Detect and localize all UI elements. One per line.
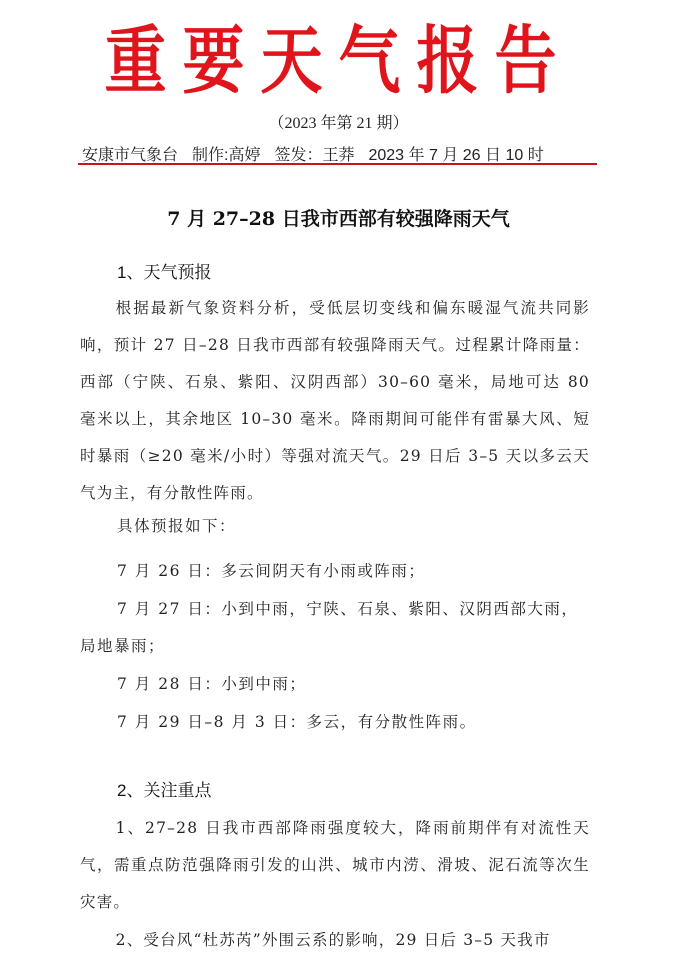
issuer: 安康市气象台	[82, 147, 178, 164]
forecast-paragraph: 根据最新气象资料分析，受低层切变线和偏东暖湿气流共同影响，预计 27 日–28 …	[80, 290, 590, 512]
forecast-item: 7 月 28 日：小到中雨；	[117, 672, 306, 694]
issuer-line: 安康市气象台制作:高婷签发：王莽2023 年 7 月 26 日 10 时	[82, 142, 602, 165]
forecast-item: 7 月 26 日：多云间阴天有小雨或阵雨；	[117, 559, 425, 581]
red-divider	[78, 163, 597, 165]
document-title: 7 月 27–28 日我市西部有较强降雨天气	[0, 204, 677, 231]
forecast-item: 7 月 27 日：小到中雨，宁陕、石泉、紫阳、汉阴西部大雨，	[117, 597, 578, 619]
section-heading-focus: 2、关注重点	[117, 776, 211, 801]
focus-item: 2、受台风“杜苏芮”外围云系的影响，29 日后 3–5 天我市	[80, 922, 590, 958]
section-heading-forecast: 1、天气预报	[117, 258, 211, 283]
maker: 制作:高婷	[192, 147, 260, 164]
signer: 签发：王莽	[274, 147, 354, 164]
issue-datetime: 2023 年 7 月 26 日 10 时	[368, 147, 543, 164]
forecast-intro: 具体预报如下：	[117, 514, 236, 536]
forecast-item: 局地暴雨；	[80, 634, 165, 656]
forecast-item: 7 月 29 日–8 月 3 日：多云，有分散性阵雨。	[117, 710, 477, 732]
issue-number: （2023 年第 21 期）	[0, 110, 677, 133]
focus-item: 1、27–28 日我市西部降雨强度较大，降雨前期伴有对流性天气，需重点防范强降雨…	[80, 810, 590, 921]
masthead-title: 重要天气报告	[0, 14, 677, 108]
